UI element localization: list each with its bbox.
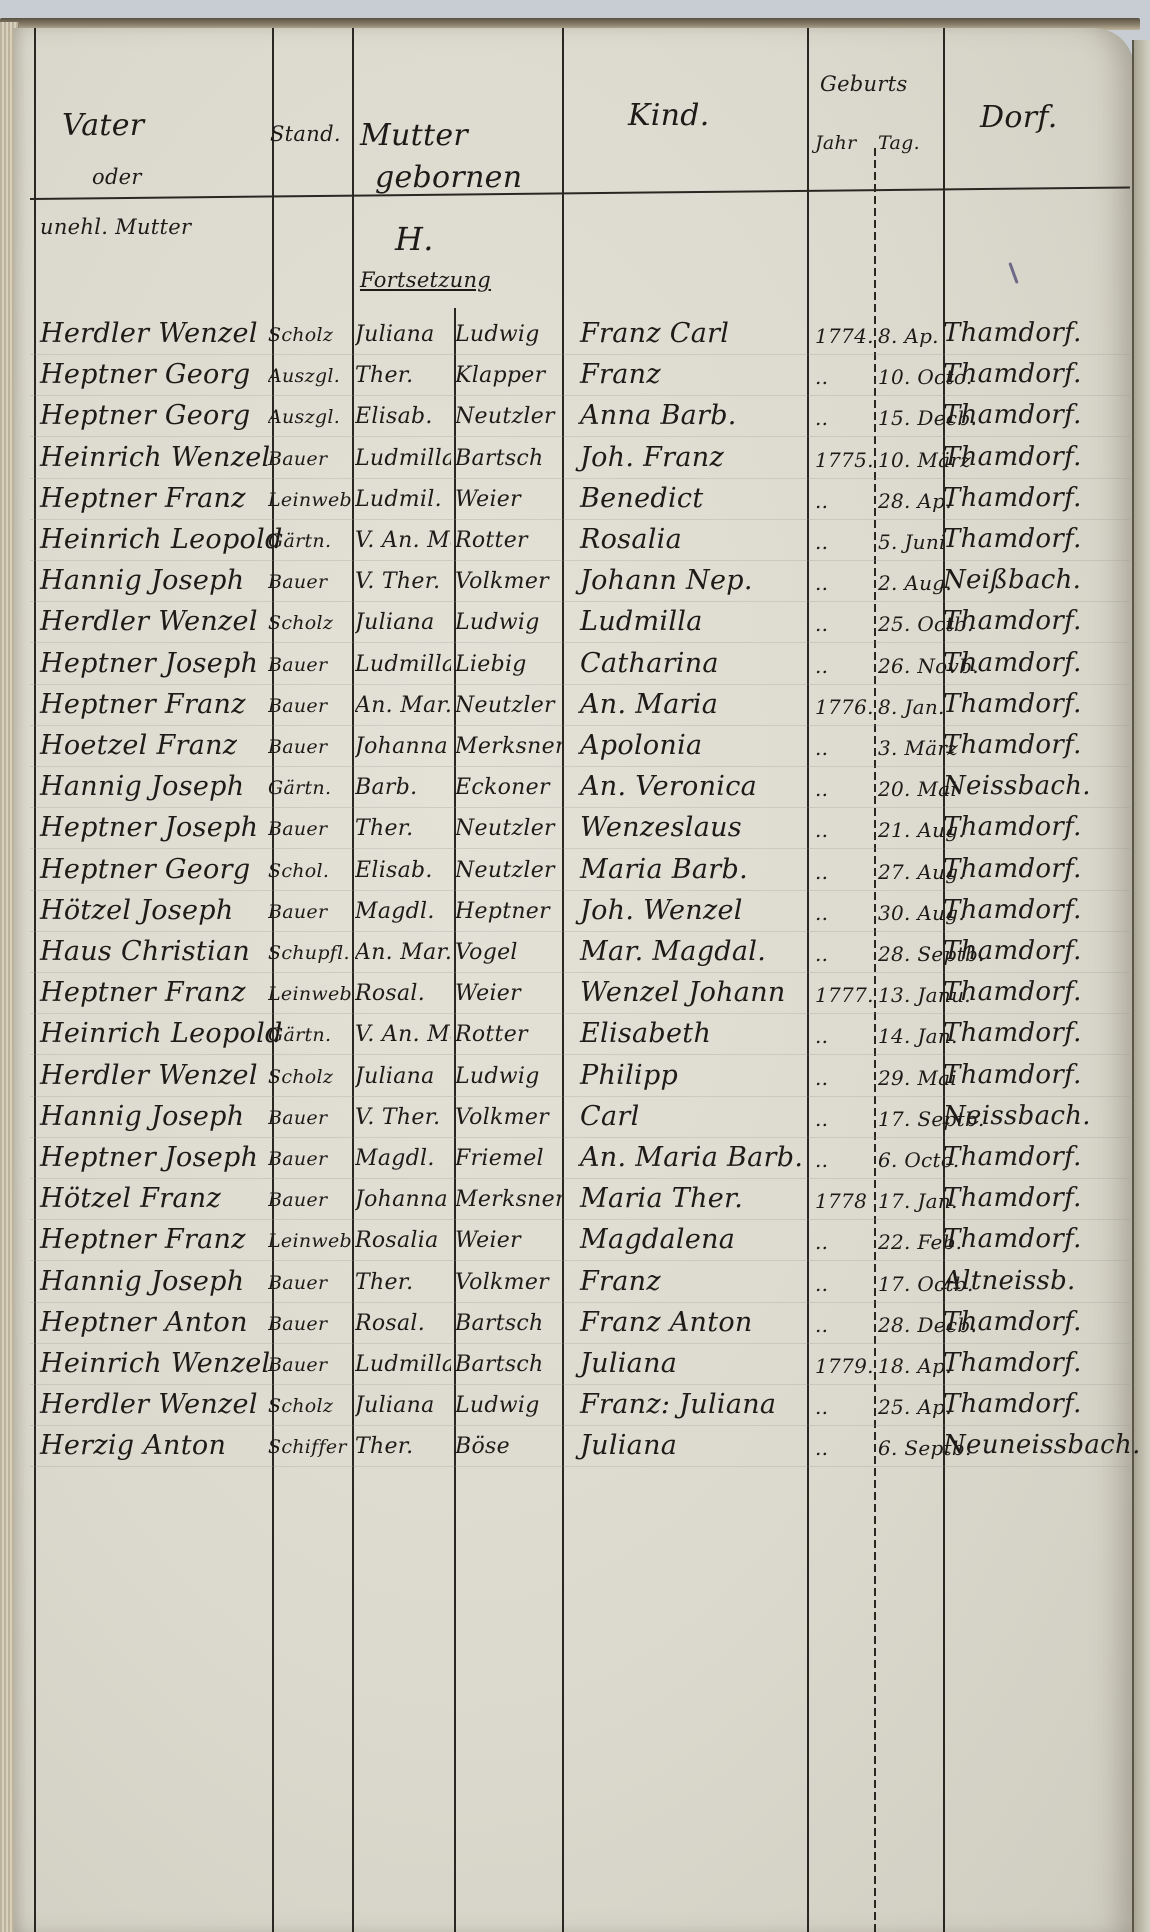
village: Thamdorf. xyxy=(943,936,1133,966)
occupation: Auszgl. xyxy=(268,365,352,387)
mother-maiden-name: Neutzler xyxy=(455,404,563,429)
mother-first-name: Ludmilla xyxy=(355,652,451,677)
mother-first-name: Barb. xyxy=(355,775,451,800)
row-guideline xyxy=(30,1096,1130,1097)
header-year: Jahr xyxy=(815,132,856,154)
mother-first-name: Ther. xyxy=(355,363,451,388)
child-name: Rosalia xyxy=(580,524,805,555)
mother-maiden-name: Neutzler xyxy=(455,816,563,841)
village: Thamdorf. xyxy=(943,648,1133,678)
occupation: Gärtn. xyxy=(268,777,352,799)
birth-date: 21. Aug. xyxy=(878,818,940,842)
birth-date: 6. Octo. xyxy=(878,1148,940,1172)
birth-date: 13. Janu. xyxy=(878,983,940,1007)
birth-year: .. xyxy=(815,654,875,678)
row-guideline xyxy=(30,354,1130,355)
mother-maiden-name: Neutzler xyxy=(455,693,563,718)
village: Thamdorf. xyxy=(943,606,1133,636)
mother-maiden-name: Weier xyxy=(455,981,563,1006)
occupation: Bauer xyxy=(268,1107,352,1129)
birth-year: .. xyxy=(815,365,875,389)
occupation: Leinweb. xyxy=(268,1230,352,1252)
birth-year: .. xyxy=(815,1230,875,1254)
mother-first-name: Juliana xyxy=(355,610,451,635)
mother-maiden-name: Merksner xyxy=(455,1187,563,1212)
village: Thamdorf. xyxy=(943,1018,1133,1048)
mother-first-name: Rosal. xyxy=(355,1311,451,1336)
birth-year: .. xyxy=(815,489,875,513)
father-name: Heptner Franz xyxy=(40,1224,270,1255)
occupation: Scholz xyxy=(268,612,352,634)
village: Thamdorf. xyxy=(943,524,1133,554)
birth-date: 22. Feb. xyxy=(878,1230,940,1254)
child-name: Franz Carl xyxy=(580,318,805,349)
child-name: Johann Nep. xyxy=(580,565,805,596)
row-guideline xyxy=(30,1343,1130,1344)
birth-year: .. xyxy=(815,530,875,554)
father-name: Herdler Wenzel xyxy=(40,1389,270,1420)
header-child: Kind. xyxy=(628,98,710,133)
mother-maiden-name: Ludwig xyxy=(455,322,563,347)
header-geboren: gebornen xyxy=(375,160,522,195)
occupation: Bauer xyxy=(268,571,352,593)
mother-first-name: Juliana xyxy=(355,1393,451,1418)
birth-year: 1776. xyxy=(815,695,875,719)
birth-date: 2. Aug. xyxy=(878,571,940,595)
occupation: Schol. xyxy=(268,860,352,882)
row-guideline xyxy=(30,1013,1130,1014)
mother-first-name: Juliana xyxy=(355,322,451,347)
father-name: Haus Christian xyxy=(40,936,270,967)
village: Thamdorf. xyxy=(943,1389,1133,1419)
village: Thamdorf. xyxy=(943,1183,1133,1213)
father-name: Heptner Franz xyxy=(40,689,270,720)
row-guideline xyxy=(30,478,1130,479)
father-name: Hötzel Joseph xyxy=(40,895,270,926)
mother-maiden-name: Friemel xyxy=(455,1146,563,1171)
birth-year: .. xyxy=(815,571,875,595)
mother-maiden-name: Rotter xyxy=(455,528,563,553)
father-name: Hannig Joseph xyxy=(40,1101,270,1132)
birth-date: 28. Ap. xyxy=(878,489,940,513)
birth-date: 3. März xyxy=(878,736,940,760)
occupation: Schiffer xyxy=(268,1436,352,1458)
mother-first-name: V. Ther. xyxy=(355,1105,451,1130)
mother-first-name: Elisab. xyxy=(355,404,451,429)
birth-date: 8. Jan. xyxy=(878,695,940,719)
child-name: Joh. Wenzel xyxy=(580,895,805,926)
occupation: Bauer xyxy=(268,695,352,717)
header-birth: Geburts xyxy=(820,72,908,96)
birth-year: 1778 xyxy=(815,1189,875,1213)
occupation: Bauer xyxy=(268,448,352,470)
child-name: Franz: Juliana xyxy=(580,1389,805,1420)
birth-year: .. xyxy=(815,406,875,430)
village: Neissbach. xyxy=(943,771,1133,801)
header-stand: Stand. xyxy=(270,122,341,146)
mother-maiden-name: Liebig xyxy=(455,652,563,677)
occupation: Bauer xyxy=(268,654,352,676)
row-guideline xyxy=(30,1302,1130,1303)
father-name: Hannig Joseph xyxy=(40,1266,270,1297)
row-guideline xyxy=(30,519,1130,520)
row-guideline xyxy=(30,890,1130,891)
occupation: Bauer xyxy=(268,818,352,840)
village: Thamdorf. xyxy=(943,1348,1133,1378)
occupation: Gärtn. xyxy=(268,1024,352,1046)
mother-maiden-name: Böse xyxy=(455,1434,563,1459)
occupation: Scholz xyxy=(268,324,352,346)
row-guideline xyxy=(30,1466,1130,1467)
birth-year: 1774. xyxy=(815,324,875,348)
father-name: Hötzel Franz xyxy=(40,1183,270,1214)
row-guideline xyxy=(30,766,1130,767)
birth-date: 14. Jan. xyxy=(878,1024,940,1048)
child-name: Magdalena xyxy=(580,1224,805,1255)
child-name: Juliana xyxy=(580,1348,805,1379)
occupation: Schupfl. xyxy=(268,942,352,964)
occupation: Bauer xyxy=(268,901,352,923)
child-name: Elisabeth xyxy=(580,1018,805,1049)
father-name: Heptner Joseph xyxy=(40,812,270,843)
village: Thamdorf. xyxy=(943,1060,1133,1090)
child-name: An. Maria Barb. xyxy=(580,1142,805,1173)
mother-first-name: An. Mar. xyxy=(355,693,451,718)
birth-year: .. xyxy=(815,612,875,636)
row-guideline xyxy=(30,395,1130,396)
village: Neißbach. xyxy=(943,565,1133,595)
table-row: Herzig Anton Schiffer Ther. Böse Juliana… xyxy=(0,1430,1150,1482)
mother-maiden-name: Rotter xyxy=(455,1022,563,1047)
row-guideline xyxy=(30,1054,1130,1055)
row-guideline xyxy=(30,807,1130,808)
birth-date: 17. Jan. xyxy=(878,1189,940,1213)
mother-maiden-name: Merksner xyxy=(455,734,563,759)
birth-date: 28. Decb. xyxy=(878,1313,940,1337)
child-name: Mar. Magdal. xyxy=(580,936,805,967)
village: Thamdorf. xyxy=(943,1307,1133,1337)
row-guideline xyxy=(30,1384,1130,1385)
village: Thamdorf. xyxy=(943,730,1133,760)
occupation: Scholz xyxy=(268,1066,352,1088)
village: Thamdorf. xyxy=(943,689,1133,719)
mother-first-name: Johanna xyxy=(355,1187,451,1212)
child-name: Philipp xyxy=(580,1060,805,1091)
mother-maiden-name: Volkmer xyxy=(455,1270,563,1295)
birth-date: 17. Octb. xyxy=(878,1272,940,1296)
birth-date: 10. März xyxy=(878,448,940,472)
mother-maiden-name: Ludwig xyxy=(455,1064,563,1089)
birth-date: 25. Ap. xyxy=(878,1395,940,1419)
mother-maiden-name: Weier xyxy=(455,487,563,512)
birth-year: 1775. xyxy=(815,448,875,472)
birth-date: 28. Septb. xyxy=(878,942,940,966)
father-name: Hannig Joseph xyxy=(40,565,270,596)
child-name: Apolonia xyxy=(580,730,805,761)
occupation: Auszgl. xyxy=(268,406,352,428)
mother-first-name: Magdl. xyxy=(355,1146,451,1171)
child-name: Franz xyxy=(580,1266,805,1297)
mother-first-name: Rosal. xyxy=(355,981,451,1006)
village: Thamdorf. xyxy=(943,359,1133,389)
birth-date: 6. Septb. xyxy=(878,1436,940,1460)
header-father: Vater xyxy=(62,108,144,143)
birth-year: .. xyxy=(815,1272,875,1296)
mother-first-name: Magdl. xyxy=(355,899,451,924)
mother-maiden-name: Vogel xyxy=(455,940,563,965)
child-name: Franz xyxy=(580,359,805,390)
mother-maiden-name: Volkmer xyxy=(455,1105,563,1130)
occupation: Bauer xyxy=(268,1189,352,1211)
birth-date: 10. Octo. xyxy=(878,365,940,389)
birth-year: .. xyxy=(815,1107,875,1131)
birth-year: .. xyxy=(815,860,875,884)
row-guideline xyxy=(30,560,1130,561)
birth-date: 30. Aug. xyxy=(878,901,940,925)
birth-date: 18. Ap. xyxy=(878,1354,940,1378)
child-name: Catharina xyxy=(580,648,805,679)
row-guideline xyxy=(30,1260,1130,1261)
village: Neuneissbach. xyxy=(943,1430,1133,1460)
birth-year: .. xyxy=(815,1148,875,1172)
mother-maiden-name: Ludwig xyxy=(455,610,563,635)
mother-first-name: Ludmilla xyxy=(355,1352,451,1377)
father-name: Heptner Franz xyxy=(40,977,270,1008)
father-name: Herdler Wenzel xyxy=(40,1060,270,1091)
birth-year: 1779. xyxy=(815,1354,875,1378)
birth-date: 27. Aug. xyxy=(878,860,940,884)
birth-date: 26. Novb. xyxy=(878,654,940,678)
occupation: Gärtn. xyxy=(268,530,352,552)
birth-date: 17. Septb. xyxy=(878,1107,940,1131)
mother-first-name: V. An. Mar. xyxy=(355,1022,451,1047)
birth-date: 15. Decb. xyxy=(878,406,940,430)
row-guideline xyxy=(30,848,1130,849)
child-name: Carl xyxy=(580,1101,805,1132)
birth-year: .. xyxy=(815,1024,875,1048)
village: Thamdorf. xyxy=(943,895,1133,925)
birth-year: .. xyxy=(815,818,875,842)
father-name: Heptner Georg xyxy=(40,400,270,431)
mother-maiden-name: Heptner xyxy=(455,899,563,924)
mother-first-name: Rosalia xyxy=(355,1228,451,1253)
village: Altneissb. xyxy=(943,1266,1133,1296)
birth-year: .. xyxy=(815,901,875,925)
father-name: Heinrich Wenzel xyxy=(40,442,270,473)
row-guideline xyxy=(30,1219,1130,1220)
occupation: Leinweb. xyxy=(268,489,352,511)
mother-maiden-name: Eckoner xyxy=(455,775,563,800)
mother-first-name: Ther. xyxy=(355,1434,451,1459)
child-name: Benedict xyxy=(580,483,805,514)
mother-first-name: Ludmil. xyxy=(355,487,451,512)
child-name: Joh. Franz xyxy=(580,442,805,473)
child-name: Anna Barb. xyxy=(580,400,805,431)
father-name: Heptner Georg xyxy=(40,359,270,390)
mother-maiden-name: Bartsch xyxy=(455,446,563,471)
section-continuation: Fortsetzung xyxy=(360,268,491,292)
birth-date: 25. Octb. xyxy=(878,612,940,636)
father-name: Herdler Wenzel xyxy=(40,606,270,637)
father-name: Heinrich Wenzel xyxy=(40,1348,270,1379)
header-unmarried-mother: unehl. Mutter xyxy=(40,215,191,239)
child-name: Franz Anton xyxy=(580,1307,805,1338)
child-name: Wenzel Johann xyxy=(580,977,805,1008)
occupation: Bauer xyxy=(268,1272,352,1294)
child-name: Wenzeslaus xyxy=(580,812,805,843)
row-guideline xyxy=(30,1178,1130,1179)
father-name: Hoetzel Franz xyxy=(40,730,270,761)
village: Thamdorf. xyxy=(943,1142,1133,1172)
village: Thamdorf. xyxy=(943,854,1133,884)
child-name: Maria Barb. xyxy=(580,854,805,885)
mother-maiden-name: Volkmer xyxy=(455,569,563,594)
child-name: An. Maria xyxy=(580,689,805,720)
village: Thamdorf. xyxy=(943,812,1133,842)
father-name: Heptner Joseph xyxy=(40,1142,270,1173)
header-village: Dorf. xyxy=(980,100,1058,135)
mother-first-name: Ther. xyxy=(355,1270,451,1295)
birth-year: 1777. xyxy=(815,983,875,1007)
birth-year: .. xyxy=(815,777,875,801)
father-name: Heinrich Leopold xyxy=(40,1018,270,1049)
mother-first-name: Elisab. xyxy=(355,858,451,883)
mother-maiden-name: Klapper xyxy=(455,363,563,388)
birth-year: .. xyxy=(815,1066,875,1090)
header-father-oder: oder xyxy=(92,165,142,189)
father-name: Hannig Joseph xyxy=(40,771,270,802)
occupation: Bauer xyxy=(268,736,352,758)
village: Thamdorf. xyxy=(943,318,1133,348)
mother-first-name: Juliana xyxy=(355,1064,451,1089)
birth-year: .. xyxy=(815,1436,875,1460)
mother-maiden-name: Weier xyxy=(455,1228,563,1253)
header-mother: Mutter xyxy=(360,118,468,153)
row-guideline xyxy=(30,684,1130,685)
village: Thamdorf. xyxy=(943,483,1133,513)
mother-first-name: Ther. xyxy=(355,816,451,841)
child-name: Juliana xyxy=(580,1430,805,1461)
birth-year: .. xyxy=(815,1313,875,1337)
row-guideline xyxy=(30,1137,1130,1138)
header-day: Tag. xyxy=(878,132,920,154)
occupation: Leinweb. xyxy=(268,983,352,1005)
child-name: Ludmilla xyxy=(580,606,805,637)
mother-first-name: An. Mar. xyxy=(355,940,451,965)
mother-first-name: Ludmilla xyxy=(355,446,451,471)
birth-date: 5. Juni xyxy=(878,530,940,554)
birth-year: .. xyxy=(815,1395,875,1419)
section-letter: H. xyxy=(395,220,434,258)
row-guideline xyxy=(30,1425,1130,1426)
father-name: Herzig Anton xyxy=(40,1430,270,1461)
birth-date: 20. Mai xyxy=(878,777,940,801)
row-guideline xyxy=(30,931,1130,932)
row-guideline xyxy=(30,642,1130,643)
mother-maiden-name: Bartsch xyxy=(455,1352,563,1377)
birth-year: .. xyxy=(815,736,875,760)
father-name: Heptner Anton xyxy=(40,1307,270,1338)
father-name: Heptner Joseph xyxy=(40,648,270,679)
occupation: Bauer xyxy=(268,1148,352,1170)
child-name: Maria Ther. xyxy=(580,1183,805,1214)
row-guideline xyxy=(30,601,1130,602)
occupation: Scholz xyxy=(268,1395,352,1417)
mother-first-name: V. Ther. xyxy=(355,569,451,594)
mother-first-name: Johanna xyxy=(355,734,451,759)
mother-first-name: V. An. Mar. xyxy=(355,528,451,553)
child-name: An. Veronica xyxy=(580,771,805,802)
village: Thamdorf. xyxy=(943,1224,1133,1254)
father-name: Heptner Georg xyxy=(40,854,270,885)
mother-maiden-name: Neutzler xyxy=(455,858,563,883)
row-guideline xyxy=(30,972,1130,973)
birth-date: 8. Ap. xyxy=(878,324,940,348)
father-name: Heptner Franz xyxy=(40,483,270,514)
village: Thamdorf. xyxy=(943,400,1133,430)
row-guideline xyxy=(30,436,1130,437)
father-name: Herdler Wenzel xyxy=(40,318,270,349)
birth-date: 29. Mai xyxy=(878,1066,940,1090)
mother-maiden-name: Bartsch xyxy=(455,1311,563,1336)
row-guideline xyxy=(30,725,1130,726)
village: Thamdorf. xyxy=(943,442,1133,472)
father-name: Heinrich Leopold xyxy=(40,524,270,555)
birth-year: .. xyxy=(815,942,875,966)
village: Neissbach. xyxy=(943,1101,1133,1131)
occupation: Bauer xyxy=(268,1313,352,1335)
mother-maiden-name: Ludwig xyxy=(455,1393,563,1418)
village: Thamdorf. xyxy=(943,977,1133,1007)
occupation: Bauer xyxy=(268,1354,352,1376)
